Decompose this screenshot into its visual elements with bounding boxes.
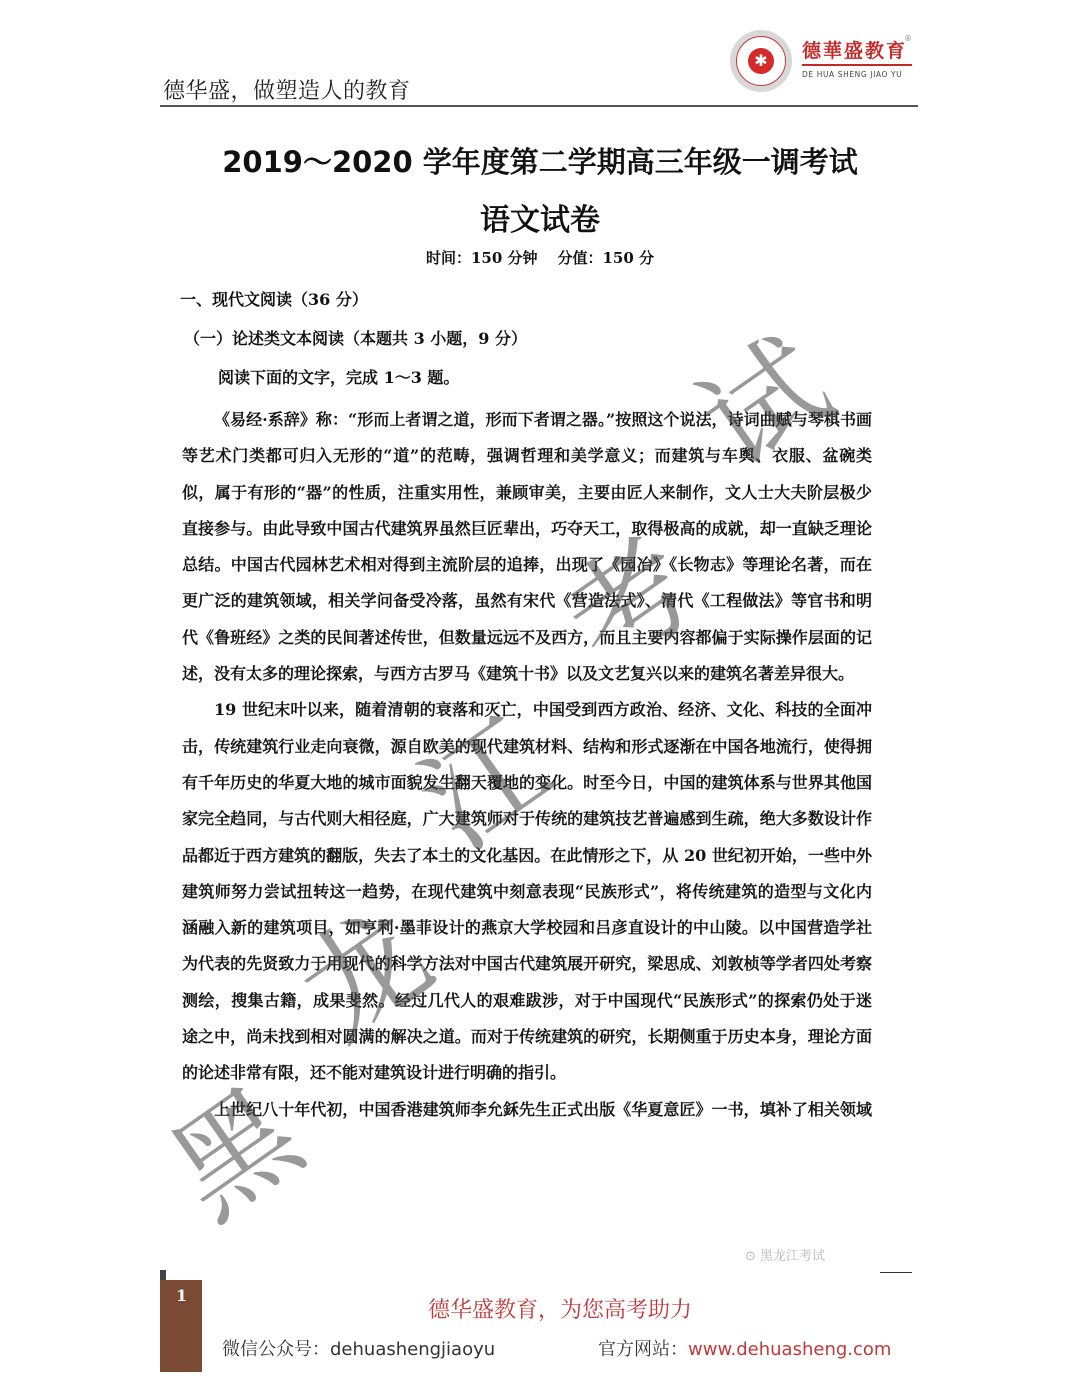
logo-underline [802, 64, 912, 66]
section-heading: 一、现代文阅读（36 分） [180, 287, 368, 310]
footer-slogan: 德华盛教育，为您高考助力 [0, 1293, 1080, 1324]
exam-title: 2019～2020 学年度第二学期高三年级一调考试 [0, 140, 1080, 181]
subsection-heading: （一）论述类文本阅读（本题共 3 小题，9 分） [184, 326, 527, 349]
passage-paragraph: 19 世纪末叶以来，随着清朝的衰落和灭亡，中国受到西方政治、经济、文化、科技的全… [182, 692, 872, 1091]
footer-website: 官方网站：www.dehuasheng.com [598, 1335, 891, 1361]
wechat-id: dehuashengjiaoyu [330, 1339, 495, 1360]
exam-time: 时间：150 分钟 [426, 249, 538, 267]
exam-subtitle: 语文试卷 [0, 195, 1080, 239]
wechat-label: 微信公众号： [222, 1339, 330, 1360]
logo-name-cn: 德華盛教育 [802, 36, 907, 63]
registered-mark: ® [904, 34, 912, 43]
website-label: 官方网站： [598, 1339, 688, 1360]
passage-paragraph: 上世纪八十年代初，中国香港建筑师李允鉌先生正式出版《华夏意匠》一书，填补了相关领… [182, 1092, 872, 1128]
passage-paragraph: 《易经·系辞》称：“形而上者谓之道，形而下者谓之器。”按照这个说法，诗词曲赋与琴… [182, 402, 872, 692]
header-slogan: 德华盛，做塑造人的教育 [163, 74, 411, 105]
watermark-credit: ⊙ 黑龙江考试 [745, 1245, 825, 1264]
page-tab-notch [160, 1270, 166, 1280]
logo-name-en: DE HUA SHENG JIAO YU [802, 70, 902, 79]
website-link[interactable]: www.dehuasheng.com [688, 1339, 891, 1360]
exam-meta: 时间：150 分钟分值：150 分 [0, 247, 1080, 268]
logo-seal-icon: ✱ [730, 30, 792, 92]
header-divider [160, 105, 918, 107]
reading-instruction: 阅读下面的文字，完成 1～3 题。 [218, 365, 459, 388]
exam-score: 分值：150 分 [558, 249, 655, 267]
footer-wechat: 微信公众号：dehuashengjiaoyu [222, 1335, 495, 1361]
brand-logo: ✱ 德華盛教育 ® DE HUA SHENG JIAO YU [730, 30, 920, 96]
blank-underline [880, 1272, 912, 1273]
reading-passage: 《易经·系辞》称：“形而上者谓之道，形而下者谓之器。”按照这个说法，诗词曲赋与琴… [182, 402, 872, 1128]
